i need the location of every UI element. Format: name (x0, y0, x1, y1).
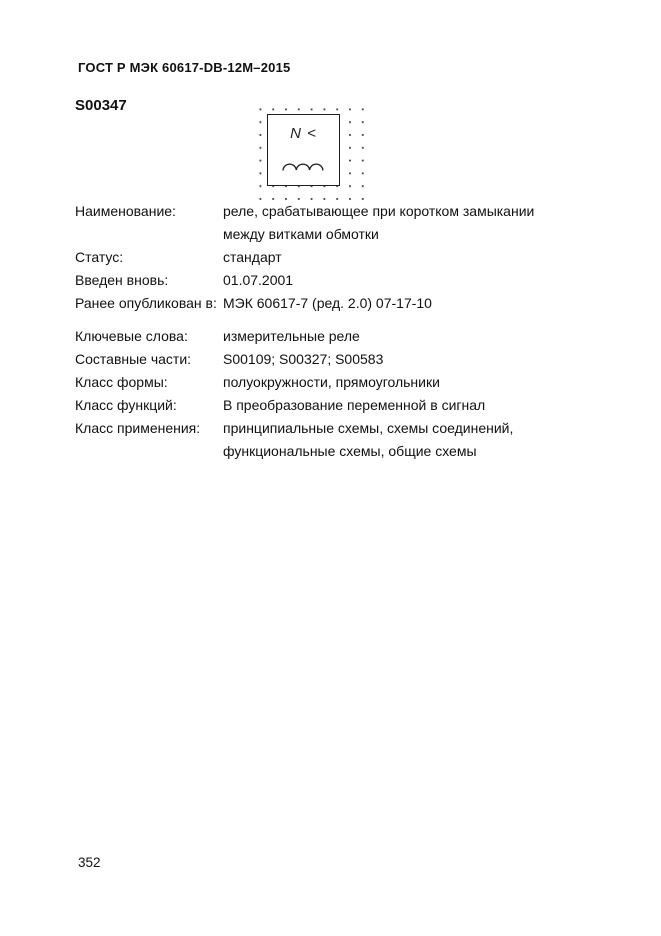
field-label: Составные части: (75, 348, 223, 371)
field-value: 01.07.2001 (223, 269, 575, 292)
field-value: реле, срабатывающее при коротком замыкан… (223, 200, 575, 246)
field-row-keywords: Ключевые слова: измерительные реле (75, 325, 575, 348)
field-label: Наименование: (75, 200, 223, 223)
symbol-id: S00347 (75, 97, 127, 114)
field-value: МЭК 60617-7 (ред. 2.0) 07-17-10 (223, 292, 575, 315)
field-value: принципиальные схемы, схемы соединений, … (223, 417, 575, 463)
field-row-name: Наименование: реле, срабатывающее при ко… (75, 200, 575, 246)
field-label: Класс применения: (75, 417, 223, 440)
field-row-shape-class: Класс формы: полуокружности, прямоугольн… (75, 371, 575, 394)
field-value: измерительные реле (223, 325, 575, 348)
document-title: ГОСТ Р МЭК 60617-DB-12M–2015 (78, 60, 290, 75)
field-row-application-class: Класс применения: принципиальные схемы, … (75, 417, 575, 463)
field-row-status: Статус: стандарт (75, 246, 575, 269)
field-value: В преобразование переменной в сигнал (223, 394, 575, 417)
symbol-figure: N < (249, 99, 364, 200)
field-row-components: Составные части: S00109; S00327; S00583 (75, 348, 575, 371)
field-label: Введен вновь: (75, 269, 223, 292)
page-number: 352 (78, 855, 101, 870)
field-label: Класс формы: (75, 371, 223, 394)
field-row-introduced: Введен вновь: 01.07.2001 (75, 269, 575, 292)
field-value: стандарт (223, 246, 575, 269)
symbol-condition-label: N < (268, 125, 339, 142)
document-page: ГОСТ Р МЭК 60617-DB-12M–2015 S00347 N < … (0, 0, 661, 936)
field-label: Ключевые слова: (75, 325, 223, 348)
field-label: Класс функций: (75, 394, 223, 417)
field-row-function-class: Класс функций: В преобразование переменн… (75, 394, 575, 417)
coil-icon (281, 157, 327, 172)
field-value: S00109; S00327; S00583 (223, 348, 575, 371)
field-label: Статус: (75, 246, 223, 269)
field-list: Наименование: реле, срабатывающее при ко… (75, 200, 575, 463)
field-label: Ранее опубликован в: (75, 292, 223, 315)
field-row-published: Ранее опубликован в: МЭК 60617-7 (ред. 2… (75, 292, 575, 315)
field-value: полуокружности, прямоугольники (223, 371, 575, 394)
symbol-outline-box: N < (267, 114, 340, 186)
